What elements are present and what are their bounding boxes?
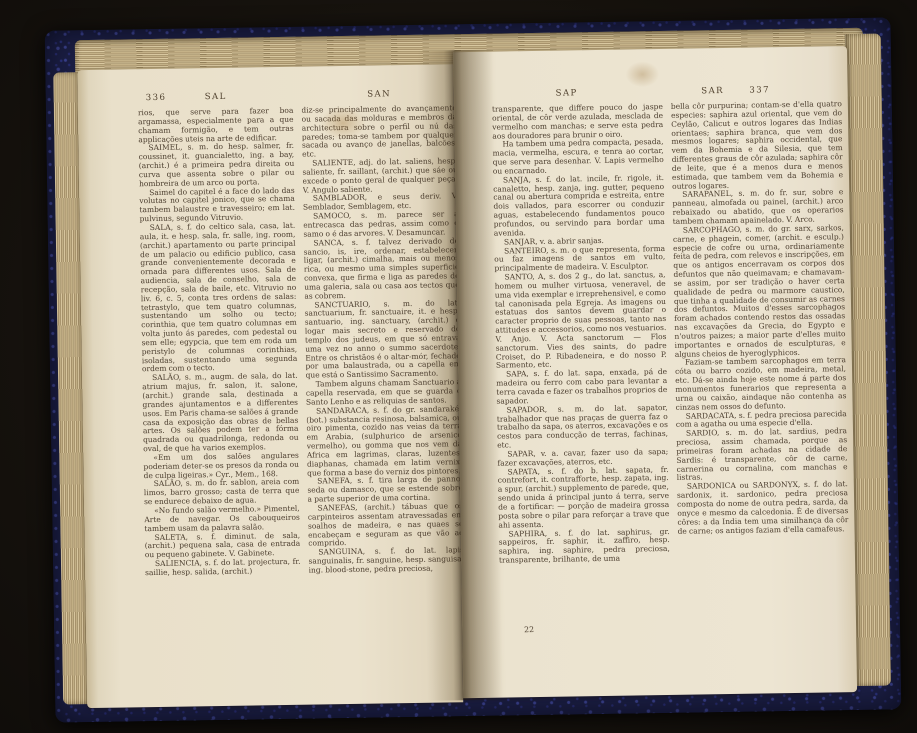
text-column: bella côr purpurina; contam-se d'ella qu… xyxy=(671,100,850,641)
right-page: SAP SAR 337 transparente, que differe po… xyxy=(453,46,857,698)
dictionary-paragraph: rios, que serve para fazer boa argamassa… xyxy=(138,107,294,145)
dictionary-paragraph: SANDARACA, s. f. do gr. sandaraké; (bot.… xyxy=(306,405,463,478)
dictionary-paragraph: «Em um dos salões angulares poderiam det… xyxy=(143,452,299,481)
dictionary-paragraph: SARAPANEL, s. m. do fr. sur, sobre e pan… xyxy=(672,189,844,227)
left-page-text: 336 SAL SAN rios, que serve para fazer b… xyxy=(138,88,466,653)
dictionary-paragraph: SANEFA, s. f. tira larga de panno, seda … xyxy=(307,476,463,505)
text-column: transparente, que differe pouco do jaspe… xyxy=(492,103,671,644)
dictionary-paragraph: SAPA, s. f. do lat. sapa, enxada, pá de … xyxy=(496,368,668,406)
dictionary-paragraph: Ha tambem uma pedra compacta, pesada, ma… xyxy=(492,138,664,176)
dictionary-paragraph: SALÃO, s. m. do fr. sablon, areia com li… xyxy=(144,478,300,507)
right-page-text: SAP SAR 337 transparente, que differe po… xyxy=(492,84,851,661)
dictionary-paragraph: SARDIO, s. m. do lat. sardius, pedra pre… xyxy=(676,427,848,483)
text-column: rios, que serve para fazer boa argamassa… xyxy=(138,107,302,635)
dictionary-paragraph: diz-se principalmente do avançamento ou … xyxy=(301,104,457,159)
dictionary-paragraph: SANCTUARIO, s. m. do lat. sanctuarium, f… xyxy=(304,299,461,381)
dictionary-paragraph: SANCA, s. f. talvez derivado de sancio, … xyxy=(303,237,459,301)
dictionary-paragraph: SALA, s. f. do celtico sala, casa, lat. … xyxy=(140,222,298,375)
dictionary-paragraph: SALIENCIA, s. f. do lat. projectura, fr.… xyxy=(145,558,301,578)
dictionary-paragraph: SANGUINA, s. f. do lat. lapis sanguinali… xyxy=(308,546,464,575)
dictionary-paragraph: SANTO, A, s. dos 2 g., do lat. sanctus, … xyxy=(494,271,667,371)
dictionary-paragraph: Faziam-se tambem sarcophagos em terra có… xyxy=(675,357,847,413)
dictionary-paragraph: SARCOPHAGO, s. m. do gr. sarx, sarkos, c… xyxy=(673,224,846,359)
dictionary-paragraph: SAPHIRA, s. f. do lat. saphirus, gr. sap… xyxy=(499,527,671,565)
dictionary-paragraph: SAMOCO, s. m. parece ser a entrecasca da… xyxy=(303,210,459,239)
dictionary-paragraph: bella côr purpurina; contam-se d'ella qu… xyxy=(671,100,843,191)
page-number: 337 xyxy=(730,85,790,96)
dictionary-paragraph: SANJA, s. f. do lat. incile, fr. rigole,… xyxy=(493,174,665,239)
signature-mark: 22 xyxy=(524,625,534,634)
left-page: 336 SAL SAN rios, que serve para fazer b… xyxy=(77,64,463,708)
dictionary-paragraph: transparente, que differe pouco do jaspe… xyxy=(492,103,664,141)
dictionary-paragraph: SALIENTE, adj. do lat. saliens, hesp. sa… xyxy=(302,157,458,195)
dictionary-paragraph: SALETA, s. f. diminut. de sala, (archit.… xyxy=(145,531,301,560)
dictionary-paragraph: SANTEIRO, s. m. o que representa, forma … xyxy=(494,244,665,273)
dictionary-paragraph: SAPADOR, s. m. do lat. sapator, trabalha… xyxy=(497,404,669,451)
right-page-columns: transparente, que differe pouco do jaspe… xyxy=(492,100,850,643)
dictionary-paragraph: SAPATA, s. f. do b. lat. sapata, fr. con… xyxy=(498,466,670,531)
dictionary-paragraph: SAIMEL, s. m. do hesp. salmer, fr. couss… xyxy=(138,142,294,189)
column-header: SAN xyxy=(302,88,457,100)
left-page-columns: rios, que serve para fazer boa argamassa… xyxy=(138,104,465,635)
photo-background: 336 SAL SAN rios, que serve para fazer b… xyxy=(0,0,917,733)
dictionary-paragraph: SARDONICA ou SARDONYX, s. f. do lat. sar… xyxy=(677,480,849,536)
column-header: SAL xyxy=(138,91,294,103)
dictionary-paragraph: SALÃO, s. m., augm. de sala, do lat. atr… xyxy=(142,372,299,454)
foxing-stain xyxy=(625,61,659,88)
dictionary-paragraph: SANEFAS, (archit.) tábuas que os carpint… xyxy=(308,502,464,549)
column-header: SAP xyxy=(492,87,642,99)
dictionary-paragraph: Saimel do capitel é a face do lado das v… xyxy=(139,186,295,224)
dictionary-paragraph: «No fundo salão vermelho.» Pimentel, Art… xyxy=(144,505,300,534)
dictionary-paragraph: Tambem alguns chamam Sanctuario á capell… xyxy=(306,378,462,407)
text-column: diz-se principalmente do avançamento ou … xyxy=(301,104,465,632)
open-book: 336 SAL SAN rios, que serve para fazer b… xyxy=(45,17,902,722)
